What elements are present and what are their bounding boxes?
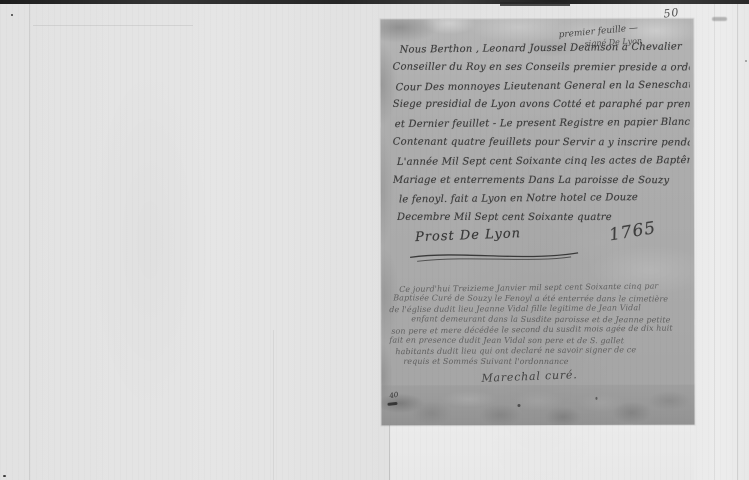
handwritten-line: et Dernier feuillet - Le present Registr… <box>395 114 690 135</box>
official-signature: Prost De Lyon <box>415 226 522 245</box>
book-edge-line <box>737 4 738 480</box>
handwritten-line: Siege presidial de Lyon avons Cotté et p… <box>393 96 690 115</box>
scan-smudge <box>712 17 727 21</box>
film-edge-blob <box>500 2 570 6</box>
film-edge-strip <box>0 0 749 4</box>
handwritten-line: L'année Mil Sept cent Soixante cinq les … <box>397 152 690 173</box>
scan-speck <box>745 60 747 62</box>
water-stain-band <box>381 385 694 426</box>
handwritten-line: Cour Des monnoyes Lieutenant General en … <box>396 76 690 98</box>
scan-speck <box>11 14 13 16</box>
handwritten-line: Nous Berthon , Leonard Joussel Deamson a… <box>399 38 689 60</box>
page-crease <box>29 4 30 480</box>
ink-blot <box>595 397 597 400</box>
folio-number: 50 <box>663 6 680 21</box>
opening-paragraph: Nous Berthon , Leonard Joussel Deamson a… <box>393 40 690 229</box>
handwritten-line: Contenant quatre feuillets pour Servir a… <box>393 134 690 154</box>
margin-folio-note: 40 <box>389 391 399 400</box>
signature-flourish <box>407 248 582 264</box>
scan-artifact-line <box>33 25 193 26</box>
scanned-register-spread: 50 premier feuille — signé De Lyon Nous … <box>0 0 749 480</box>
page-crease <box>273 330 274 480</box>
scan-speck <box>3 475 6 477</box>
book-edge-line <box>714 4 715 480</box>
underlying-page-edge <box>389 425 694 480</box>
handwritten-line: Conseiller du Roy en ses Conseils premie… <box>393 58 690 78</box>
manuscript-page: 50 premier feuille — signé De Lyon Nous … <box>380 19 694 426</box>
burial-act-paragraph: Ce jourd'hui Treizieme Janvier mil sept … <box>389 283 692 368</box>
handwritten-line: requis et Sommés Suivant l'ordonnance <box>403 356 692 367</box>
handwritten-line: habitants dudit lieu qui ont declaré ne … <box>395 345 692 358</box>
handwritten-line: Mariage et enterrements Dans La paroisse… <box>393 171 690 190</box>
handwritten-line: le fenoyl. fait a Lyon en Notre hotel ce… <box>399 189 690 211</box>
ink-blot <box>517 404 520 407</box>
cure-signature: Marechal curé. <box>481 368 578 385</box>
